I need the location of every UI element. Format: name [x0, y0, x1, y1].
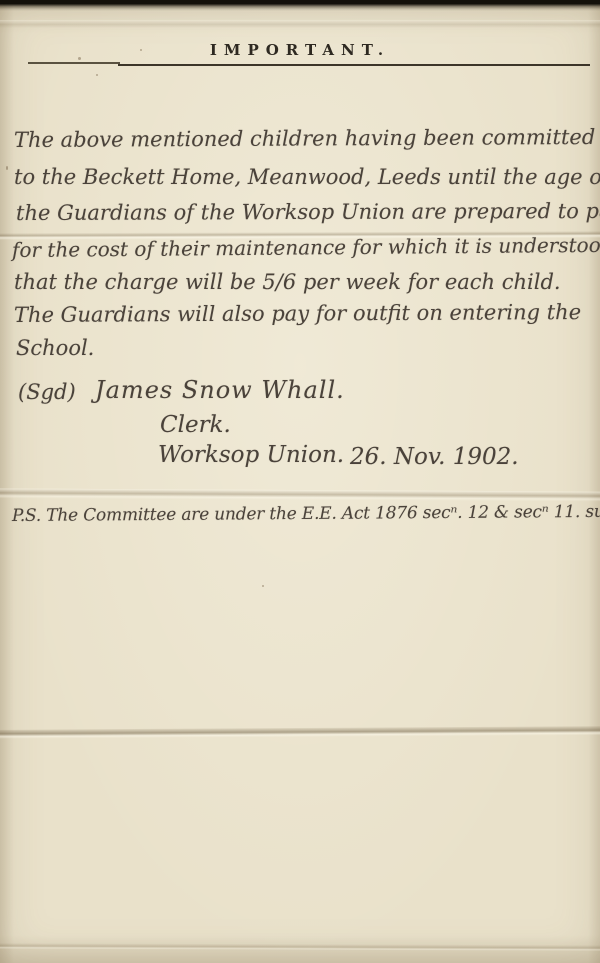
fold-crease-2: [0, 488, 600, 501]
paper-speck: [6, 166, 8, 170]
handwritten-line-1: The above mentioned children having been…: [14, 125, 595, 152]
signature-name: James Snow Whall.: [95, 376, 345, 404]
handwritten-line-5: that the charge will be 5/6 per week for…: [14, 270, 561, 294]
handwritten-line-3: the Guardians of the Worksop Union are p…: [16, 199, 600, 225]
handwritten-line-2: to the Beckett Home, Meanwood, Leeds unt…: [14, 165, 600, 189]
header-rule-right: [118, 64, 590, 66]
paper-speck: [262, 585, 264, 587]
fold-crease-3: [0, 726, 600, 739]
signature-role: Clerk.: [160, 412, 231, 438]
paper-speck: [96, 74, 98, 76]
signature-sgd-mark: (Sgd): [18, 380, 76, 404]
document-page: IMPORTANT. The above mentioned children …: [0, 0, 600, 963]
header-rule-left: [28, 62, 120, 64]
handwritten-line-4: for the cost of their maintenance for wh…: [12, 233, 600, 262]
document-title: IMPORTANT.: [0, 41, 600, 59]
fold-crease-top: [0, 20, 600, 28]
postscript-line: P.S. The Committee are under the E.E. Ac…: [12, 502, 600, 526]
handwritten-line-6: The Guardians will also pay for outfit o…: [14, 300, 581, 327]
signature-org: Worksop Union.: [158, 442, 344, 468]
handwritten-line-7: School.: [16, 336, 94, 360]
scan-top-edge: [0, 0, 600, 11]
signature-date: 26. Nov. 1902.: [350, 444, 519, 470]
fold-crease-4: [0, 943, 600, 951]
